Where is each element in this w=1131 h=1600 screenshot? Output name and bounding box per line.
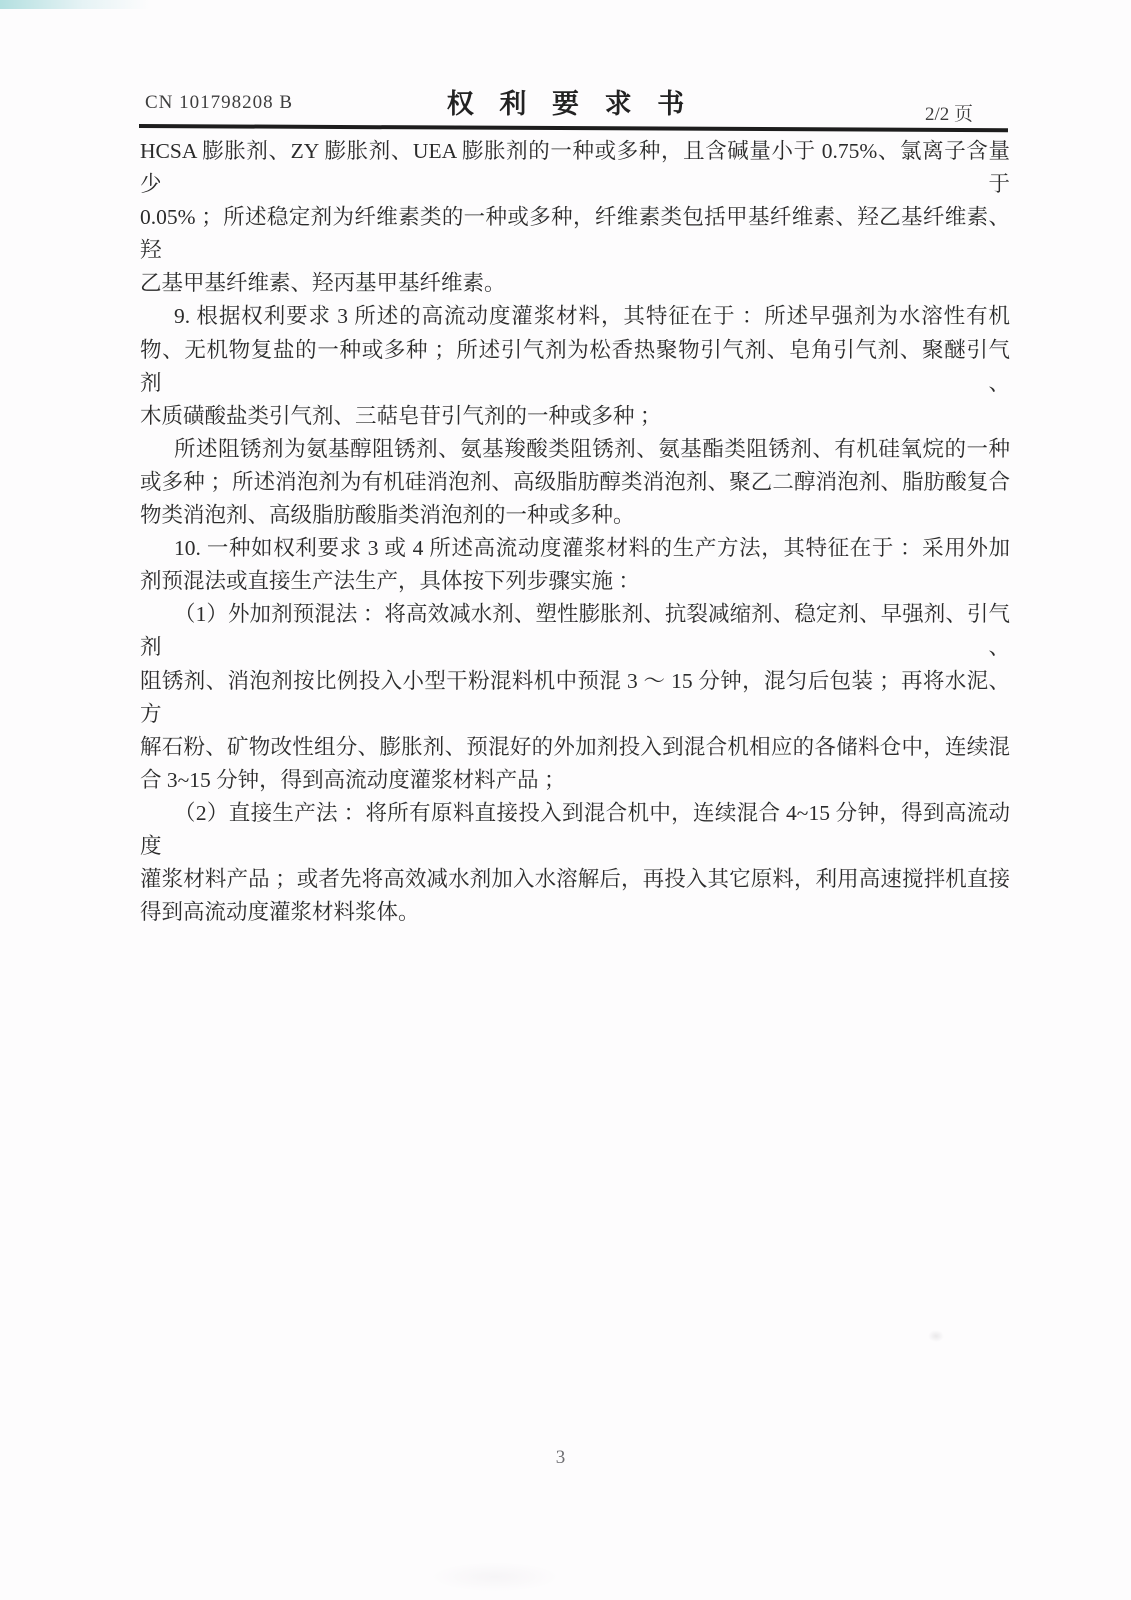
text-line: 得到高流动度灌浆材料浆体。 (140, 896, 1010, 929)
text-line: （2）直接生产法 ：将所有原料直接投入到混合机中，连续混合 4~15 分钟，得到… (140, 797, 1010, 863)
text-line: 物类消泡剂、高级脂肪酸脂类消泡剂的一种或多种。 (140, 499, 1010, 532)
text-line: 乙基甲基纤维素、羟丙基甲基纤维素。 (140, 267, 1010, 300)
text-line: 阻锈剂、消泡剂按比例投入小型干粉混料机中预混 3 ～ 15 分钟，混匀后包装 ；… (140, 665, 1010, 731)
scan-artifact-dot (928, 1330, 944, 1342)
text-line: 合 3~15 分钟，得到高流动度灌浆材料产品 ； (140, 764, 1010, 797)
page-indicator: 2/2 页 (925, 99, 973, 126)
text-line: 剂预混法或直接生产法生产，具体按下列步骤实施 ： (140, 565, 1010, 598)
text-line: 物、无机物复盐的一种或多种 ；所述引气剂为松香热聚物引气剂、皂角引气剂、聚醚引气… (140, 334, 1010, 400)
text-line: 或多种 ；所述消泡剂为有机硅消泡剂、高级脂肪醇类消泡剂、聚乙二醇消泡剂、脂肪酸复… (140, 466, 1010, 499)
text-line: 10. 一种如权利要求 3 或 4 所述高流动度灌浆材料的生产方法，其特征在于 … (140, 532, 1010, 565)
text-line: 灌浆材料产品 ；或者先将高效减水剂加入水溶解后，再投入其它原料，利用高速搅拌机直… (140, 863, 1010, 896)
scan-artifact-smudge (430, 1562, 560, 1592)
text-line: 所述阻锈剂为氨基醇阻锈剂、氨基羧酸类阻锈剂、氨基酯类阻锈剂、有机硅氧烷的一种 (140, 433, 1010, 466)
claims-text: HCSA 膨胀剂、ZY 膨胀剂、UEA 膨胀剂的一种或多种，且含碱量小于 0.7… (140, 135, 1010, 929)
text-line: 木质磺酸盐类引气剂、三萜皂苷引气剂的一种或多种 ； (140, 400, 1010, 433)
page-number: 3 (0, 1447, 1121, 1469)
text-line: （1）外加剂预混法 ：将高效减水剂、塑性膨胀剂、抗裂减缩剂、稳定剂、早强剂、引气… (140, 598, 1010, 664)
header-rule (139, 124, 1008, 132)
patent-claims-page: CN 101798208 B 权利要求书 2/2 页 HCSA 膨胀剂、ZY 膨… (0, 0, 1131, 1600)
scan-artifact-top-edge (0, 0, 150, 9)
text-line: 9. 根据权利要求 3 所述的高流动度灌浆材料，其特征在于 ：所述早强剂为水溶性… (140, 300, 1010, 333)
text-line: 解石粉、矿物改性组分、膨胀剂、预混好的外加剂投入到混合机相应的各储料仓中，连续混 (140, 731, 1010, 764)
text-line: 0.05% ；所述稳定剂为纤维素类的一种或多种，纤维素类包括甲基纤维素、羟乙基纤… (140, 201, 1010, 267)
text-line: HCSA 膨胀剂、ZY 膨胀剂、UEA 膨胀剂的一种或多种，且含碱量小于 0.7… (140, 135, 1010, 201)
